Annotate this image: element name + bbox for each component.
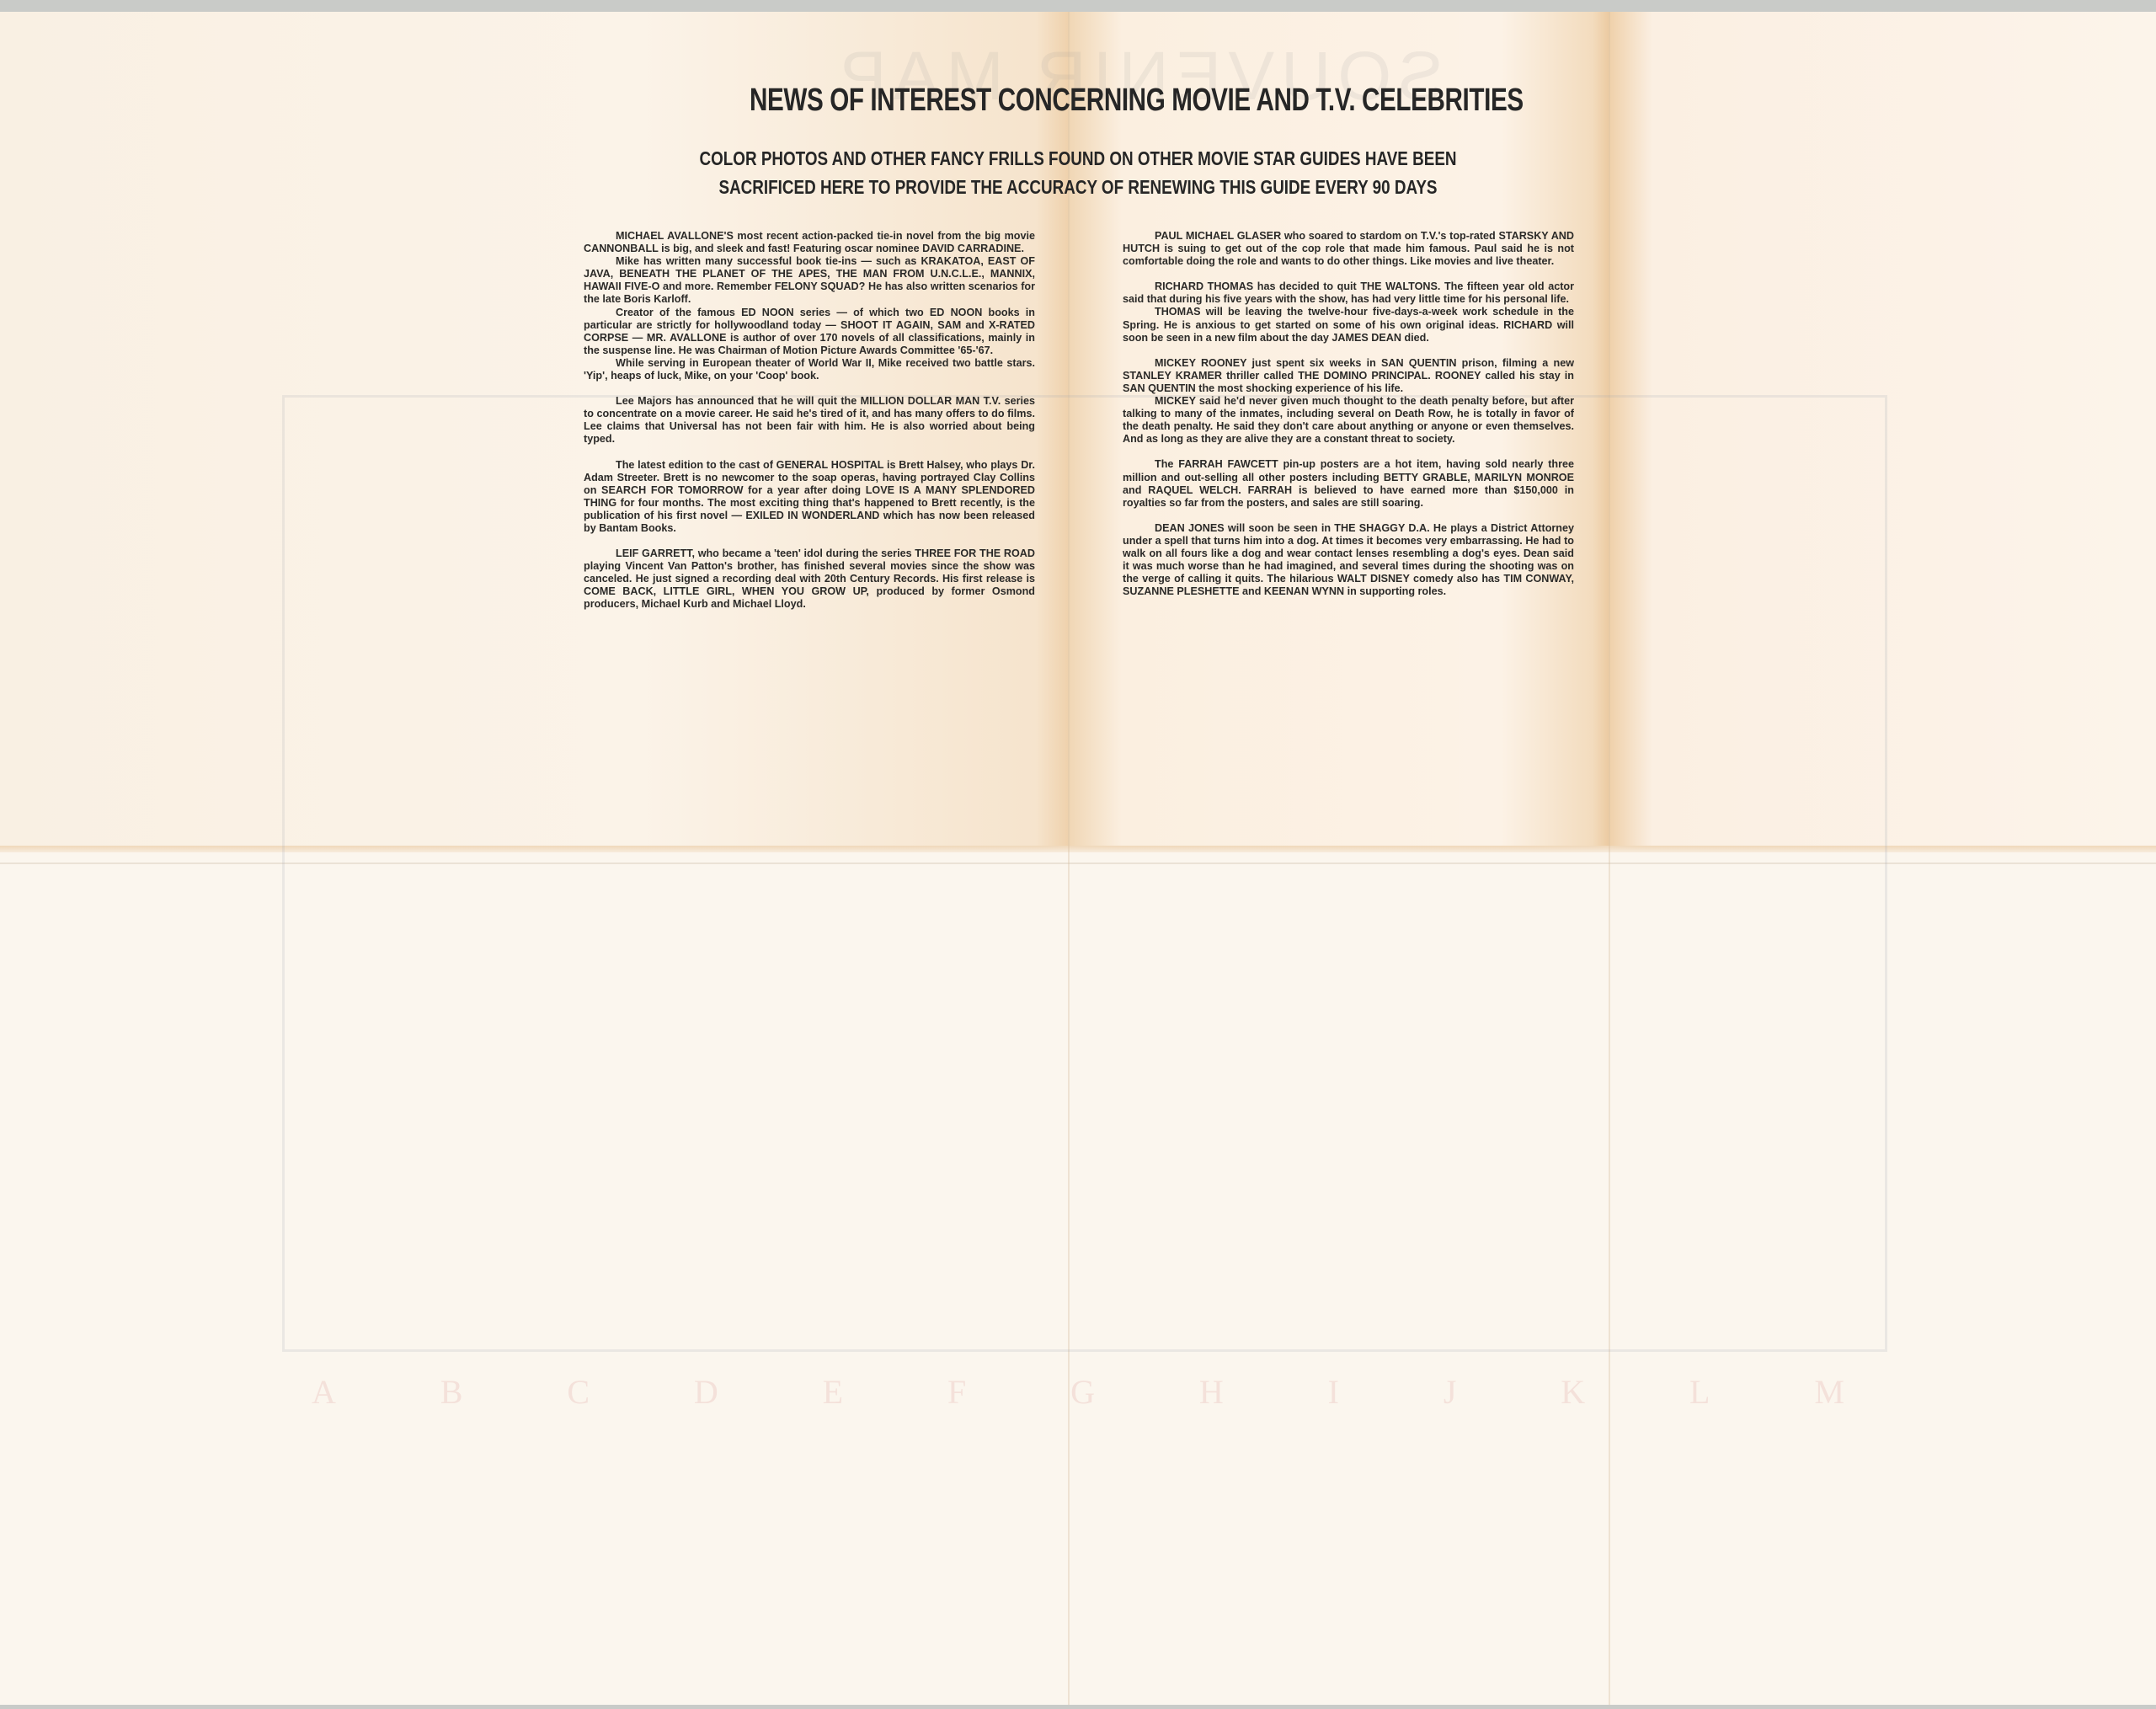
grid-letter: B	[440, 1372, 463, 1412]
news-paragraph: The latest edition to the cast of GENERA…	[584, 459, 1035, 536]
right-news-column: PAUL MICHAEL GLASER who soared to stardo…	[1123, 230, 1574, 598]
left-news-column: MICHAEL AVALLONE'S most recent action-pa…	[584, 230, 1035, 612]
show-through-map-frame	[282, 395, 1887, 1352]
subheadline: COLOR PHOTOS AND OTHER FANCY FRILLS FOUN…	[677, 144, 1478, 201]
news-paragraph: The FARRAH FAWCETT pin-up posters are a …	[1123, 458, 1574, 509]
headline: NEWS OF INTEREST CONCERNING MOVIE AND T.…	[750, 83, 1406, 119]
grid-letter: G	[1070, 1372, 1095, 1412]
news-paragraph: Creator of the famous ED NOON series — o…	[584, 307, 1035, 357]
grid-letter: M	[1814, 1372, 1844, 1412]
news-paragraph: LEIF GARRETT, who became a 'teen' idol d…	[584, 547, 1035, 611]
subheadline-line: COLOR PHOTOS AND OTHER FANCY FRILLS FOUN…	[677, 144, 1478, 173]
news-paragraph: Mike has written many successful book ti…	[584, 255, 1035, 306]
show-through-grid-letters: ABCDEFGHIJKLM	[312, 1372, 1844, 1412]
grid-letter: C	[567, 1372, 590, 1412]
subheadline-line: SACRIFICED HERE TO PROVIDE THE ACCURACY …	[677, 173, 1478, 201]
grid-letter: D	[694, 1372, 718, 1412]
news-paragraph: Lee Majors has announced that he will qu…	[584, 395, 1035, 446]
news-paragraph: MICHAEL AVALLONE'S most recent action-pa…	[584, 230, 1035, 255]
grid-letter: H	[1199, 1372, 1224, 1412]
grid-letter: L	[1689, 1372, 1710, 1412]
news-paragraph: MICKEY said he'd never given much though…	[1123, 395, 1574, 446]
grid-letter: E	[823, 1372, 843, 1412]
grid-letter: I	[1328, 1372, 1339, 1412]
news-paragraph: While serving in European theater of Wor…	[584, 357, 1035, 382]
grid-letter: F	[947, 1372, 966, 1412]
paper-sheet: SOUVENIR MAP ABCDEFGHIJKLM NEWS OF INTER…	[0, 12, 2156, 1705]
news-paragraph: RICHARD THOMAS has decided to quit THE W…	[1123, 280, 1574, 306]
news-paragraph: DEAN JONES will soon be seen in THE SHAG…	[1123, 522, 1574, 599]
news-paragraph: THOMAS will be leaving the twelve-hour f…	[1123, 306, 1574, 344]
grid-letter: K	[1561, 1372, 1585, 1412]
news-paragraph: PAUL MICHAEL GLASER who soared to stardo…	[1123, 230, 1574, 268]
grid-letter: J	[1444, 1372, 1457, 1412]
news-paragraph: MICKEY ROONEY just spent six weeks in SA…	[1123, 357, 1574, 395]
grid-letter: A	[312, 1372, 336, 1412]
